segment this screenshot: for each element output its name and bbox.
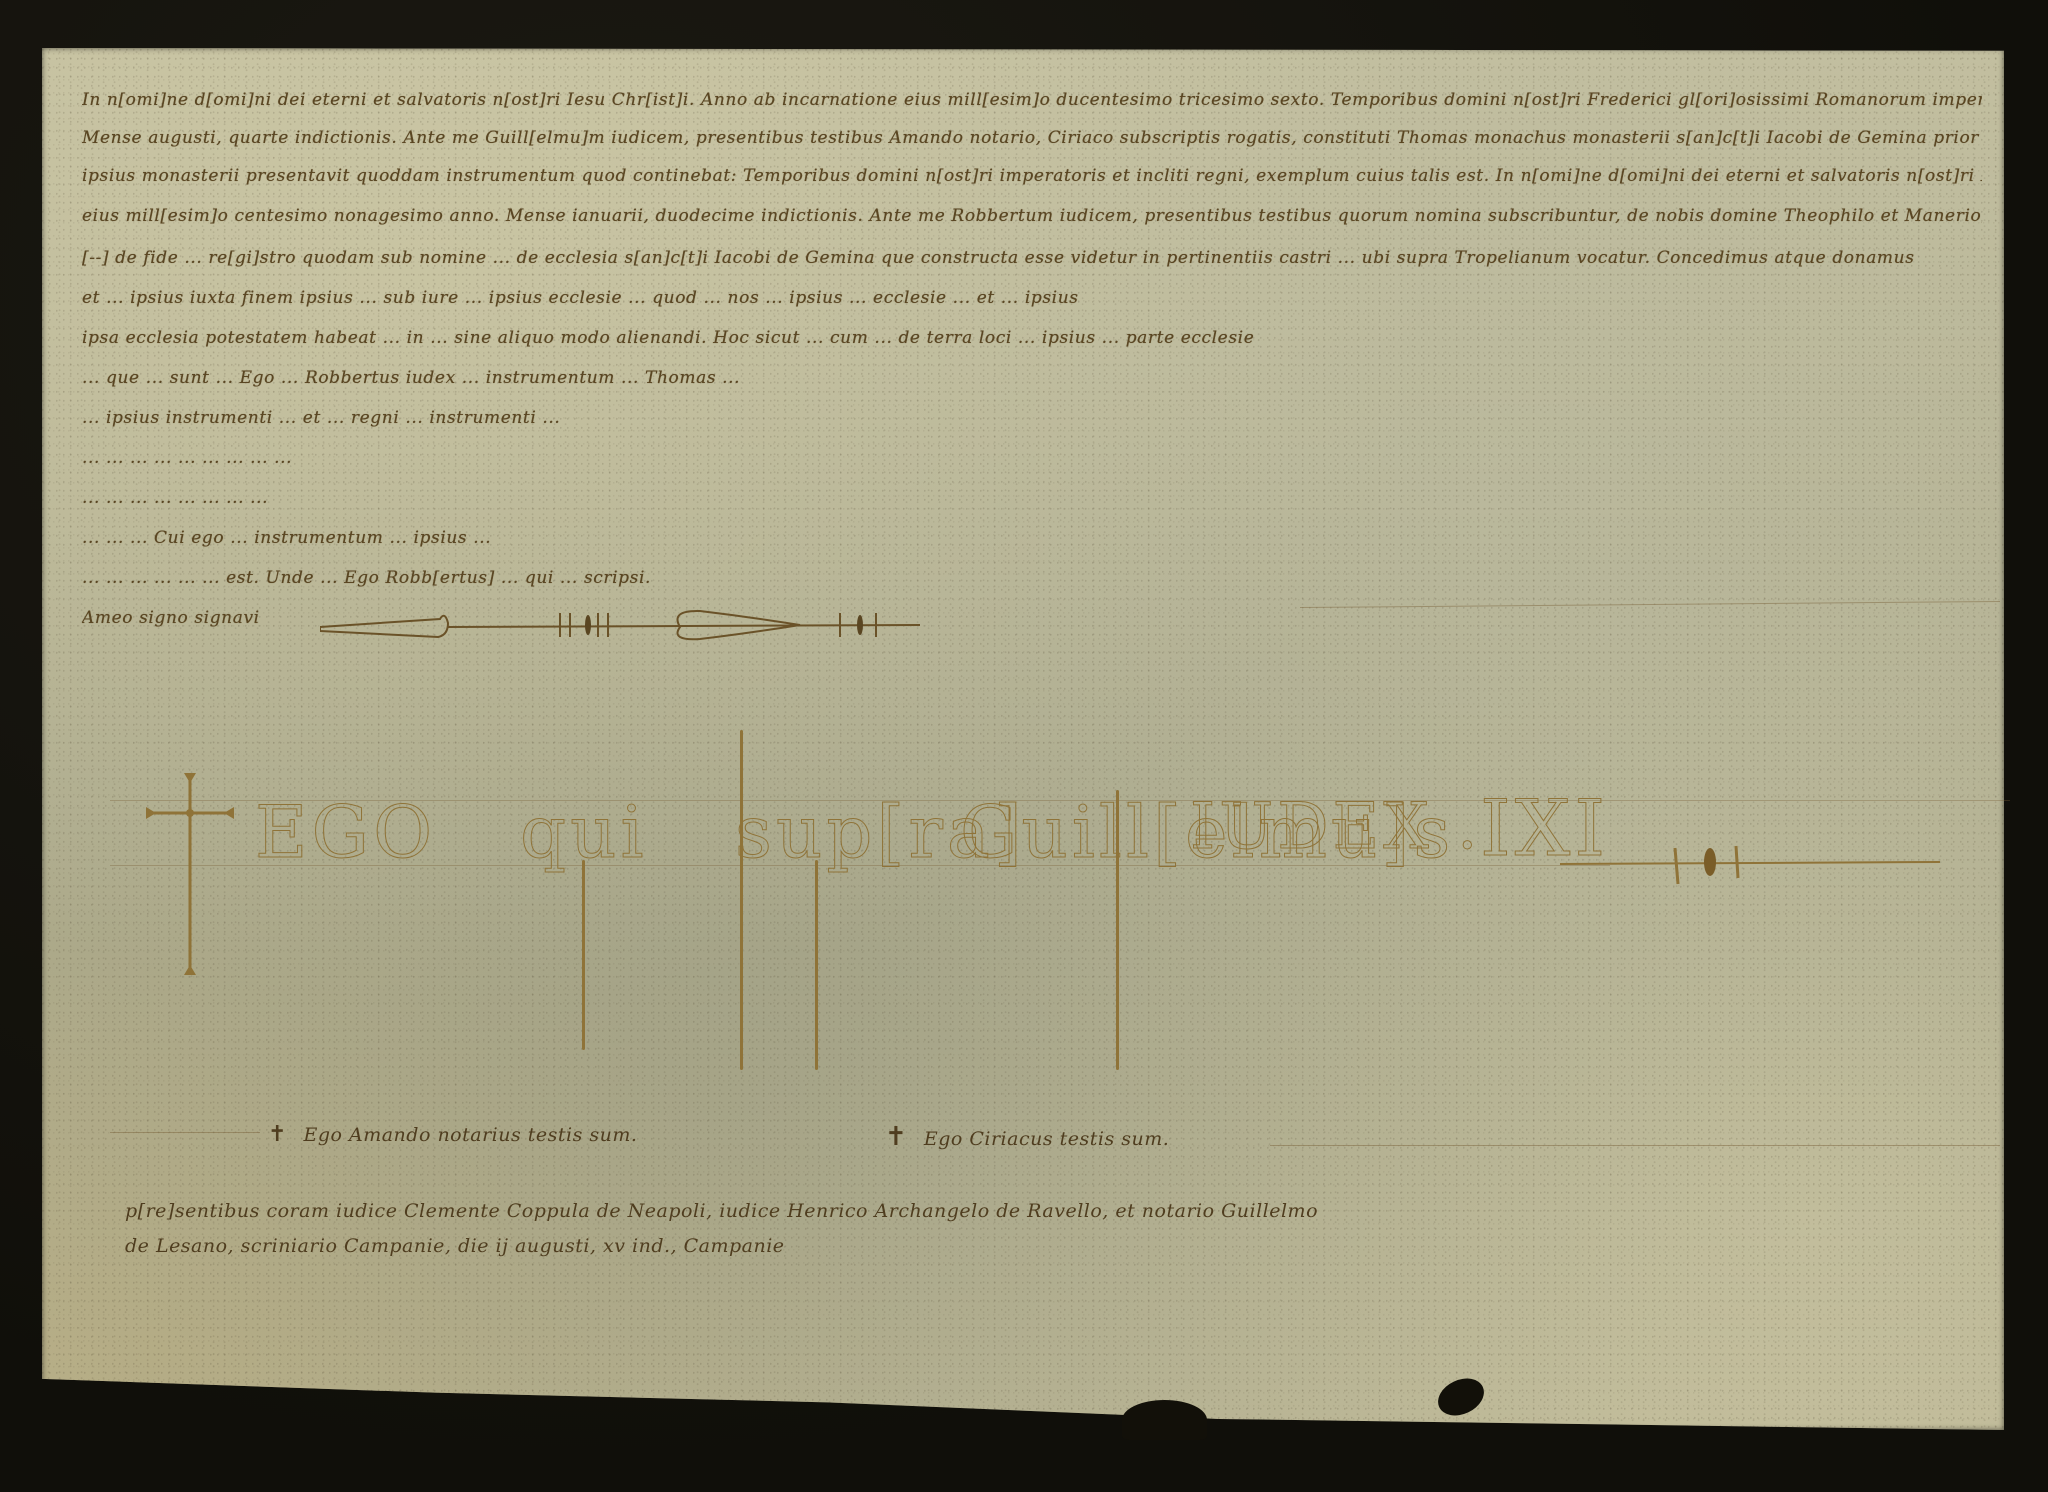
charter-text-line: ipsius monasterii presentavit quoddam in… xyxy=(82,166,1982,186)
descender-stroke xyxy=(582,860,585,1050)
ruling-line xyxy=(110,1132,260,1133)
parchment-hole xyxy=(1122,1400,1207,1440)
charter-text-line: Mense augusti, quarte indictionis. Ante … xyxy=(82,128,1982,148)
charter-text-line: In n[omi]ne d[omi]ni dei eterni et salva… xyxy=(82,90,1982,110)
charter-text-line: ... ... ... ... ... ... ... ... xyxy=(82,488,1982,508)
charter-text-line: [--] de fide ... re[gi]stro quodam sub n… xyxy=(82,248,1982,268)
witness-cross-icon: ✝ xyxy=(268,1122,287,1147)
witness-text: Ego Ciriacus testis sum. xyxy=(924,1128,1169,1150)
note-line-1: p[re]sentibus coram iudice Clemente Copp… xyxy=(125,1200,1318,1222)
signature-end-flourish xyxy=(1560,840,1960,890)
charter-text-line: ... ... ... ... ... ... est. Unde ... Eg… xyxy=(82,568,1982,588)
charter-text-line: et ... ipsius iuxta finem ipsius ... sub… xyxy=(82,288,1982,308)
witness-subscription-2: ✝ Ego Ciriacus testis sum. xyxy=(885,1122,1169,1152)
witness-cross-icon: ✝ xyxy=(885,1122,907,1152)
charter-text-line: ... ipsius instrumenti ... et ... regni … xyxy=(82,408,1982,428)
descender-stroke xyxy=(815,860,818,1070)
notarial-flourish xyxy=(320,605,940,655)
witness-subscription-1: ✝ Ego Amando notarius testis sum. xyxy=(268,1122,637,1147)
charter-text-line: ipsa ecclesia potestatem habeat ... in .… xyxy=(82,328,1982,348)
signature-word-ego: EGO xyxy=(255,790,436,874)
charter-text-line: eius mill[esim]o centesimo nonagesimo an… xyxy=(82,206,1982,226)
long-s-stroke xyxy=(740,730,743,1070)
signum-cross-icon xyxy=(140,765,240,985)
charter-text-line: ... ... ... Cui ego ... instrumentum ...… xyxy=(82,528,1982,548)
signature-word-iudex: IUDEX . xyxy=(1190,790,1482,864)
charter-text-line: ... que ... sunt ... Ego ... Robbertus i… xyxy=(82,368,1982,388)
charter-text-line: ... ... ... ... ... ... ... ... ... xyxy=(82,448,1982,468)
ruling-line xyxy=(1270,1145,2000,1146)
note-line-2: de Lesano, scriniario Campanie, die ij a… xyxy=(125,1235,785,1257)
long-s-stroke xyxy=(1116,790,1119,1070)
witness-text: Ego Amando notarius testis sum. xyxy=(303,1124,637,1146)
